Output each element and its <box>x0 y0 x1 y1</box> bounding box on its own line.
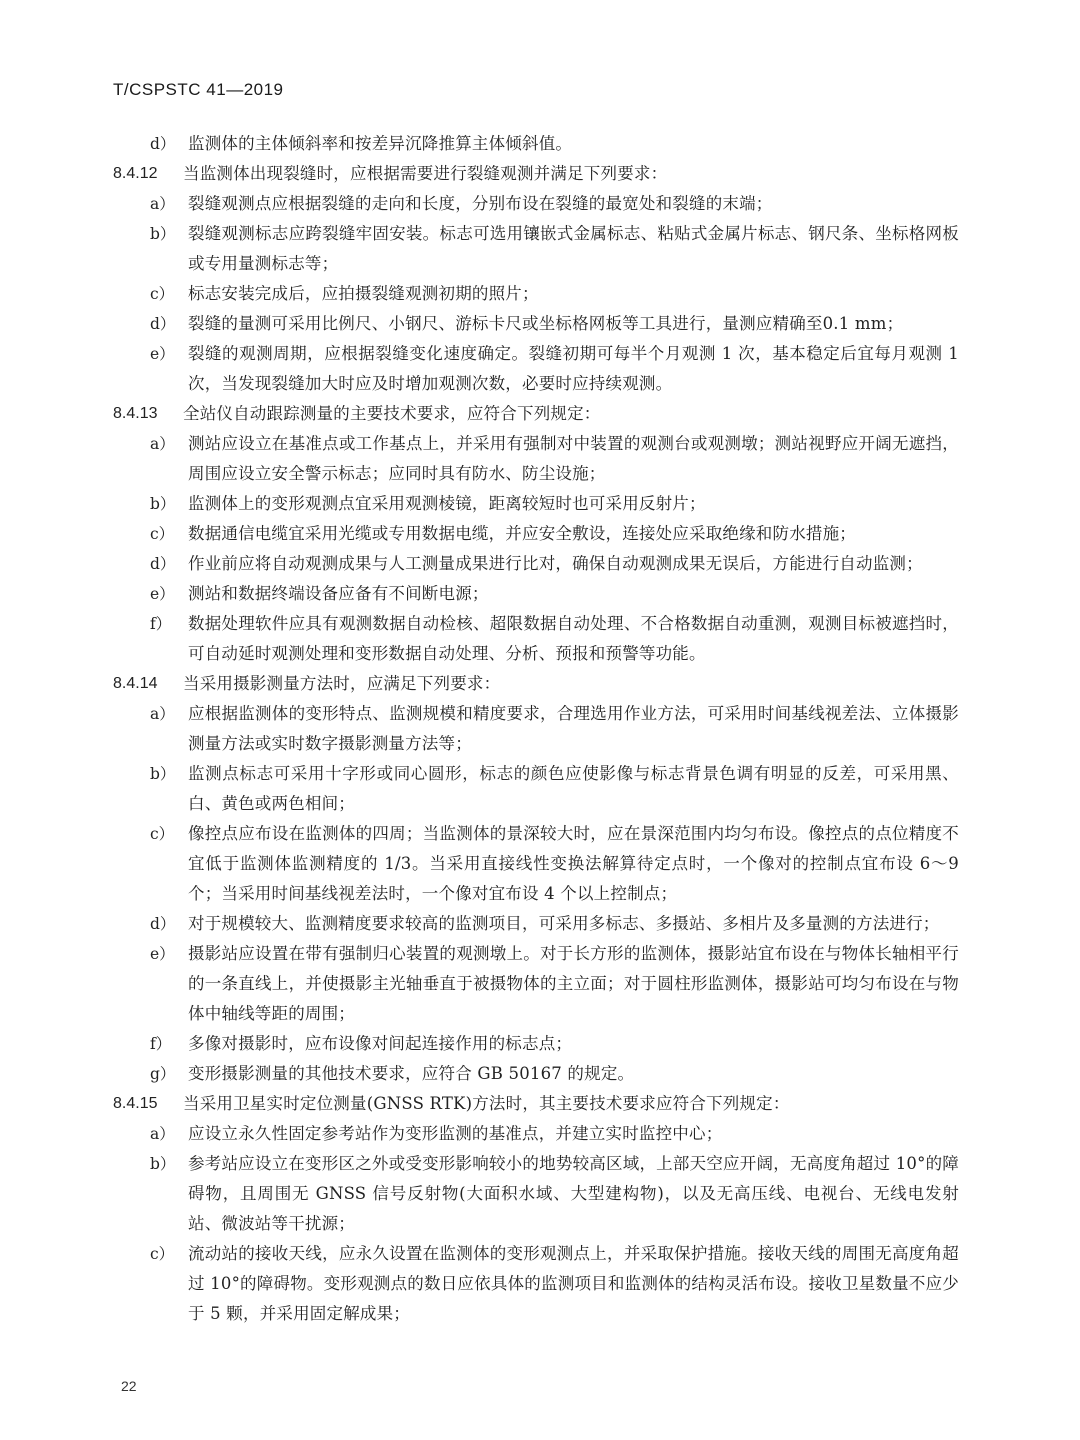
item-label: b） <box>150 489 175 519</box>
list-item: d）监测体的主体倾斜率和按差异沉降推算主体倾斜值。 <box>113 129 959 159</box>
list-item: d）作业前应将自动观测成果与人工测量成果进行比对，确保自动观测成果无误后，方能进… <box>113 549 959 579</box>
item-text: 裂缝的量测可采用比例尺、小钢尺、游标卡尺或坐标格网板等工具进行，量测应精确至0.… <box>188 309 959 339</box>
list-item: d）裂缝的量测可采用比例尺、小钢尺、游标卡尺或坐标格网板等工具进行，量测应精确至… <box>113 309 959 339</box>
list-item: c）像控点应布设在监测体的四周；当监测体的景深较大时，应在景深范围内均匀布设。像… <box>113 819 959 909</box>
item-text: 监测点标志可采用十字形或同心圆形，标志的颜色应使影像与标志背景色调有明显的反差，… <box>188 759 959 819</box>
item-label: g） <box>150 1059 175 1089</box>
item-label: d） <box>150 309 175 339</box>
item-text: 变形摄影测量的其他技术要求，应符合 GB 50167 的规定。 <box>188 1059 959 1089</box>
item-text: 参考站应设立在变形区之外或受变形影响较小的地势较高区域，上部天空应开阔，无高度角… <box>188 1149 959 1239</box>
list-item: c）数据通信电缆宜采用光缆或专用数据电缆，并应安全敷设，连接处应采取绝缘和防水措… <box>113 519 959 549</box>
list-item: d）对于规模较大、监测精度要求较高的监测项目，可采用多标志、多摄站、多相片及多量… <box>113 909 959 939</box>
item-label: b） <box>150 1149 175 1179</box>
list-item: a）测站应设立在基准点或工作基点上，并采用有强制对中装置的观测台或观测墩；测站视… <box>113 429 959 489</box>
item-label: d） <box>150 909 175 939</box>
list-item: e）测站和数据终端设备应备有不间断电源； <box>113 579 959 609</box>
standard-code-header: T/CSPSTC 41—2019 <box>113 80 284 100</box>
item-label: e） <box>150 579 175 609</box>
section-text: 全站仪自动跟踪测量的主要技术要求，应符合下列规定： <box>183 399 959 429</box>
list-item: a）应根据监测体的变形特点、监测规模和精度要求，合理选用作业方法，可采用时间基线… <box>113 699 959 759</box>
page-number: 22 <box>121 1378 137 1394</box>
item-text: 裂缝观测点应根据裂缝的走向和长度，分别布设在裂缝的最宽处和裂缝的末端； <box>188 189 959 219</box>
item-label: a） <box>150 189 175 219</box>
item-label: c） <box>150 819 174 849</box>
list-item: b）参考站应设立在变形区之外或受变形影响较小的地势较高区域，上部天空应开阔，无高… <box>113 1149 959 1239</box>
section-heading: 8.4.14当采用摄影测量方法时，应满足下列要求： <box>113 669 959 699</box>
section-text: 当监测体出现裂缝时，应根据需要进行裂缝观测并满足下列要求： <box>183 159 959 189</box>
item-text: 应设立永久性固定参考站作为变形监测的基准点，并建立实时监控中心； <box>188 1119 959 1149</box>
list-item: f）数据处理软件应具有观测数据自动检核、超限数据自动处理、不合格数据自动重测，观… <box>113 609 959 669</box>
list-item: b）监测体上的变形观测点宜采用观测棱镜，距离较短时也可采用反射片； <box>113 489 959 519</box>
section-heading: 8.4.12当监测体出现裂缝时，应根据需要进行裂缝观测并满足下列要求： <box>113 159 959 189</box>
item-text: 数据通信电缆宜采用光缆或专用数据电缆，并应安全敷设，连接处应采取绝缘和防水措施； <box>188 519 959 549</box>
item-label: a） <box>150 1119 175 1149</box>
item-text: 作业前应将自动观测成果与人工测量成果进行比对，确保自动观测成果无误后，方能进行自… <box>188 549 959 579</box>
list-item: b）监测点标志可采用十字形或同心圆形，标志的颜色应使影像与标志背景色调有明显的反… <box>113 759 959 819</box>
list-item: b）裂缝观测标志应跨裂缝牢固安装。标志可选用镶嵌式金属标志、粘贴式金属片标志、钢… <box>113 219 959 279</box>
item-label: d） <box>150 549 175 579</box>
section-text: 当采用卫星实时定位测量(GNSS RTK)方法时，其主要技术要求应符合下列规定： <box>183 1089 959 1119</box>
item-label: f） <box>150 1029 171 1059</box>
section-heading: 8.4.13全站仪自动跟踪测量的主要技术要求，应符合下列规定： <box>113 399 959 429</box>
item-label: c） <box>150 1239 174 1269</box>
section-text: 当采用摄影测量方法时，应满足下列要求： <box>183 669 959 699</box>
item-label: b） <box>150 219 175 249</box>
item-text: 测站应设立在基准点或工作基点上，并采用有强制对中装置的观测台或观测墩；测站视野应… <box>188 429 959 489</box>
item-text: 裂缝观测标志应跨裂缝牢固安装。标志可选用镶嵌式金属标志、粘贴式金属片标志、钢尺条… <box>188 219 959 279</box>
item-text: 测站和数据终端设备应备有不间断电源； <box>188 579 959 609</box>
item-text: 裂缝的观测周期，应根据裂缝变化速度确定。裂缝初期可每半个月观测 1 次，基本稳定… <box>188 339 959 399</box>
item-label: e） <box>150 939 175 969</box>
item-text: 摄影站应设置在带有强制归心装置的观测墩上。对于长方形的监测体，摄影站宜布设在与物… <box>188 939 959 1029</box>
item-label: a） <box>150 699 175 729</box>
section-number: 8.4.12 <box>113 159 157 189</box>
item-text: 多像对摄影时，应布设像对间起连接作用的标志点； <box>188 1029 959 1059</box>
list-item: a）裂缝观测点应根据裂缝的走向和长度，分别布设在裂缝的最宽处和裂缝的末端； <box>113 189 959 219</box>
item-label: c） <box>150 279 174 309</box>
item-text: 标志安装完成后，应拍摄裂缝观测初期的照片； <box>188 279 959 309</box>
item-label: e） <box>150 339 175 369</box>
document-body: d）监测体的主体倾斜率和按差异沉降推算主体倾斜值。 8.4.12当监测体出现裂缝… <box>113 129 959 1329</box>
item-label: d） <box>150 129 175 159</box>
item-text: 数据处理软件应具有观测数据自动检核、超限数据自动处理、不合格数据自动重测，观测目… <box>188 609 959 669</box>
item-text: 像控点应布设在监测体的四周；当监测体的景深较大时，应在景深范围内均匀布设。像控点… <box>188 819 959 909</box>
section-number: 8.4.14 <box>113 669 157 699</box>
item-label: a） <box>150 429 175 459</box>
list-item: e）裂缝的观测周期，应根据裂缝变化速度确定。裂缝初期可每半个月观测 1 次，基本… <box>113 339 959 399</box>
item-label: c） <box>150 519 174 549</box>
item-text: 应根据监测体的变形特点、监测规模和精度要求，合理选用作业方法，可采用时间基线视差… <box>188 699 959 759</box>
item-text: 监测体上的变形观测点宜采用观测棱镜，距离较短时也可采用反射片； <box>188 489 959 519</box>
list-item: c）标志安装完成后，应拍摄裂缝观测初期的照片； <box>113 279 959 309</box>
item-label: f） <box>150 609 171 639</box>
item-text: 对于规模较大、监测精度要求较高的监测项目，可采用多标志、多摄站、多相片及多量测的… <box>188 909 959 939</box>
list-item: g）变形摄影测量的其他技术要求，应符合 GB 50167 的规定。 <box>113 1059 959 1089</box>
item-text: 监测体的主体倾斜率和按差异沉降推算主体倾斜值。 <box>188 129 959 159</box>
section-heading: 8.4.15当采用卫星实时定位测量(GNSS RTK)方法时，其主要技术要求应符… <box>113 1089 959 1119</box>
section-number: 8.4.13 <box>113 399 157 429</box>
item-text: 流动站的接收天线，应永久设置在监测体的变形观测点上，并采取保护措施。接收天线的周… <box>188 1239 959 1329</box>
list-item: c）流动站的接收天线，应永久设置在监测体的变形观测点上，并采取保护措施。接收天线… <box>113 1239 959 1329</box>
list-item: f）多像对摄影时，应布设像对间起连接作用的标志点； <box>113 1029 959 1059</box>
list-item: e）摄影站应设置在带有强制归心装置的观测墩上。对于长方形的监测体，摄影站宜布设在… <box>113 939 959 1029</box>
section-number: 8.4.15 <box>113 1089 157 1119</box>
item-label: b） <box>150 759 175 789</box>
list-item: a）应设立永久性固定参考站作为变形监测的基准点，并建立实时监控中心； <box>113 1119 959 1149</box>
